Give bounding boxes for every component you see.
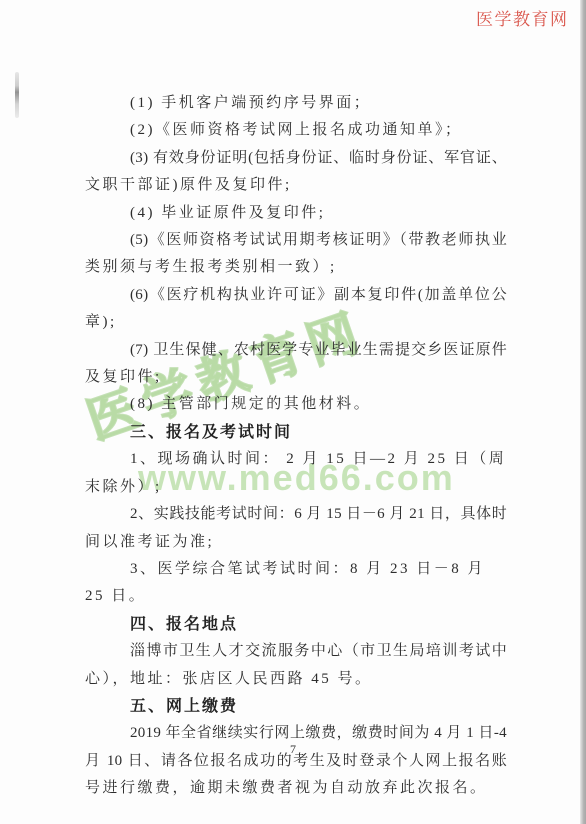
section-heading: 三、报名及考试时间 [85,419,507,446]
text-line: 1、现场确认时间： 2 月 15 日—2 月 25 日（周末除外）; [85,446,507,501]
text-line: 章); [85,309,507,336]
text-line: (7) 卫生保健、农村医学专业毕业生需提交乡医证原件 [85,337,507,364]
text-line: (8) 主管部门规定的其他材料。 [85,391,507,418]
text-line: (3) 有效身份证明(包括身份证、临时身份证、军官证、 [85,145,507,172]
text-line: 2、实践技能考试时间：6 月 15 日－6 月 21 日，具体时 [85,501,507,528]
section-heading: 四、报名地点 [85,611,507,638]
text-line: 及复印件; [85,364,507,391]
text-line: 类别须与考生报考类别相一致）; [85,254,507,281]
text-line: 3、医学综合笔试考试时间：8 月 23 日－8 月 25 日。 [85,556,507,611]
watermark-corner-brand: 医学教育网 [476,5,569,30]
text-line: (5)《医师资格考试试用期考核证明》（带教老师执业 [85,227,507,254]
text-line: 心），地址：张店区人民西路 45 号。 [85,666,507,693]
text-line: 间以准考证为准; [85,529,507,556]
text-line: (1) 手机客户端预约序号界面； [85,90,507,117]
scan-artifact-mark [15,72,19,118]
text-line: 淄博市卫生人才交流服务中心（市卫生局培训考试中 [85,638,507,665]
text-line: (4) 毕业证原件及复印件; [85,200,507,227]
scanned-document-page: 医学教育网 www.med66.com 医学教育网 (1) 手机客户端预约序号界… [0,0,586,824]
document-text-block: (1) 手机客户端预约序号界面；(2)《医师资格考试网上报名成功通知单》；(3)… [85,90,507,803]
text-line: (2)《医师资格考试网上报名成功通知单》； [85,117,507,144]
page-edge-shadow [580,0,586,824]
text-line: 文职干部证)原件及复印件; [85,172,507,199]
text-line: 号进行缴费，逾期未缴费者视为自动放弃此次报名。 [85,775,507,802]
page-number: 7 [270,742,316,757]
text-line: (6)《医疗机构执业许可证》副本复印件(加盖单位公 [85,282,507,309]
section-heading: 五、网上缴费 [85,693,507,720]
